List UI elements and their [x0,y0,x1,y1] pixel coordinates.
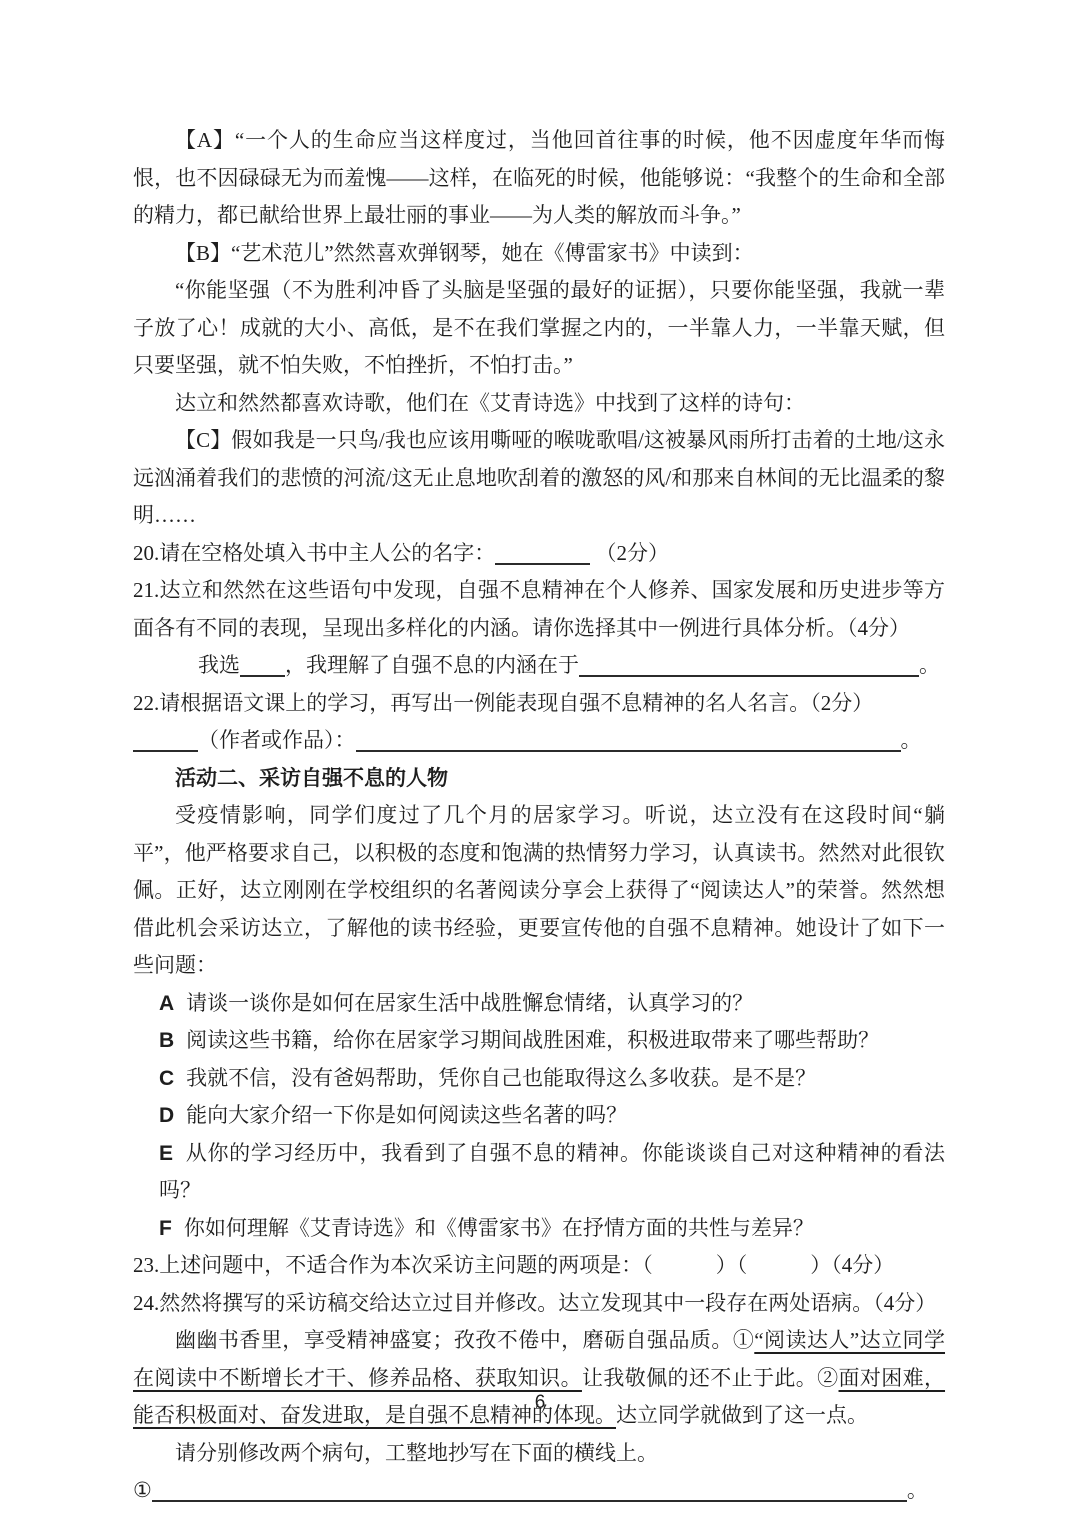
interview-option-c: C我就不信，没有爸妈帮助，凭你自己也能取得这么多收获。是不是？ [133,1060,945,1098]
interview-option-b: B阅读这些书籍，给你在居家学习期间战胜困难，积极进取带来了哪些帮助？ [133,1022,945,1060]
passage-c-intro: 达立和然然都喜欢诗歌，他们在《艾青诗选》中找到了这样的诗句： [133,385,945,423]
exam-page-body: 【A】“一个人的生命应当这样度过，当他回首往事的时候，他不因虚度年华而悔恨，也不… [133,122,945,1510]
activity-two-intro: 受疫情影响，同学们度过了几个月的居家学习。听说，达立没有在这段时间“躺平”，他严… [133,797,945,985]
passage-b: “你能坚强（不为胜利冲昏了头脑是坚强的最好的证据），只要你能坚强，我就一辈子放了… [133,272,945,385]
question-20-text: 20.请在空格处填入书中主人公的名字： [133,541,495,565]
passage-b-intro: 【B】“艺术范儿”然然喜欢弹钢琴，她在《傅雷家书》中读到： [133,235,945,273]
answer-blank-q22-author [133,738,198,752]
option-c-text: 我就不信，没有爸妈帮助，凭你自己也能取得这么多收获。是不是？ [186,1066,816,1090]
question-21: 21.达立和然然在这些语句中发现，自强不息精神在个人修养、国家发展和历史进步等方… [133,572,945,647]
question-21-answer-period: 。 [919,653,940,677]
question-22-answer-line: （作者或作品）：。 [133,722,945,760]
question-24-passage: 幽幽书香里，享受精神盛宴；孜孜不倦中，磨砺自强品质。①“阅读达人”达立同学在阅读… [133,1322,945,1435]
q24-passage-plain-1: 让我敬佩的还不止于此。 [582,1366,817,1390]
option-a-label: A [159,992,174,1015]
circled-one-mark: ① [733,1328,754,1352]
question-20-points: （2分） [596,541,670,565]
answer-blank-revision-1 [152,1488,907,1502]
q24-passage-start: 幽幽书香里，享受精神盛宴；孜孜不倦中，磨砺自强品质。 [175,1328,733,1352]
revision-answer-period: 。 [907,1478,928,1502]
answer-blank-q20 [495,551,590,565]
interview-option-d: D能向大家介绍一下你是如何阅读这些名著的吗？ [133,1097,945,1135]
question-21-answer-prefix: 我选 [198,653,240,677]
circled-two-mark: ② [817,1366,838,1390]
option-f-text: 你如何理解《艾青诗选》和《傅雷家书》在抒情方面的共性与差异？ [184,1216,814,1240]
question-20: 20.请在空格处填入书中主人公的名字： （2分） [133,535,945,573]
activity-two-heading: 活动二、采访自强不息的人物 [133,760,945,798]
passage-c: 【C】假如我是一只鸟/我也应该用嘶哑的喉咙歌唱/这被暴风雨所打击着的土地/这永远… [133,422,945,535]
question-21-answer-line: 我选，我理解了自强不息的内涵在于。 [133,647,945,685]
interview-option-e: E从你的学习经历中，我看到了自强不息的精神。你能谈谈自己对这种精神的看法吗？ [133,1135,945,1210]
option-f-label: F [159,1217,172,1240]
question-23: 23.上述问题中，不适合作为本次采访主问题的两项是：（ ）（ ）（4分） [133,1247,945,1285]
question-22-answer-period: 。 [901,728,922,752]
circled-one-answer-mark: ① [133,1478,152,1502]
interview-option-a: A请谈一谈你是如何在居家生活中战胜懈怠情绪，认真学习的？ [133,985,945,1023]
question-21-answer-mid: ，我理解了自强不息的内涵在于 [285,653,579,677]
question-24: 24.然然将撰写的采访稿交给达立过目并修改。达立发现其中一段存在两处语病。（4分… [133,1285,945,1323]
option-b-label: B [159,1029,174,1052]
interview-option-f: F你如何理解《艾青诗选》和《傅雷家书》在抒情方面的共性与差异？ [133,1210,945,1248]
answer-blank-q21-analysis [579,663,919,677]
option-d-text: 能向大家介绍一下你是如何阅读这些名著的吗？ [186,1103,627,1127]
revision-answer-line-1: ①。 [133,1472,945,1510]
option-e-text: 从你的学习经历中，我看到了自强不息的精神。你能谈谈自己对这种精神的看法吗？ [159,1141,945,1203]
option-a-text: 请谈一谈你是如何在居家生活中战胜懈怠情绪，认真学习的？ [186,991,753,1015]
revision-instruction: 请分别修改两个病句，工整地抄写在下面的横线上。 [133,1435,945,1473]
option-b-text: 阅读这些书籍，给你在居家学习期间战胜困难，积极进取带来了哪些帮助？ [186,1028,879,1052]
option-c-label: C [159,1067,174,1090]
option-e-label: E [159,1142,173,1165]
answer-blank-q21-choice [240,663,285,677]
passage-a: 【A】“一个人的生命应当这样度过，当他回首往事的时候，他不因虚度年华而悔恨，也不… [133,122,945,235]
page-number: 6 [0,1392,1080,1414]
option-d-label: D [159,1104,174,1127]
answer-blank-q22-quote [356,738,901,752]
question-22-answer-label: （作者或作品）： [198,728,356,752]
question-22: 22.请根据语文课上的学习，再写出一例能表现自强不息精神的名人名言。（2分） [133,685,945,723]
